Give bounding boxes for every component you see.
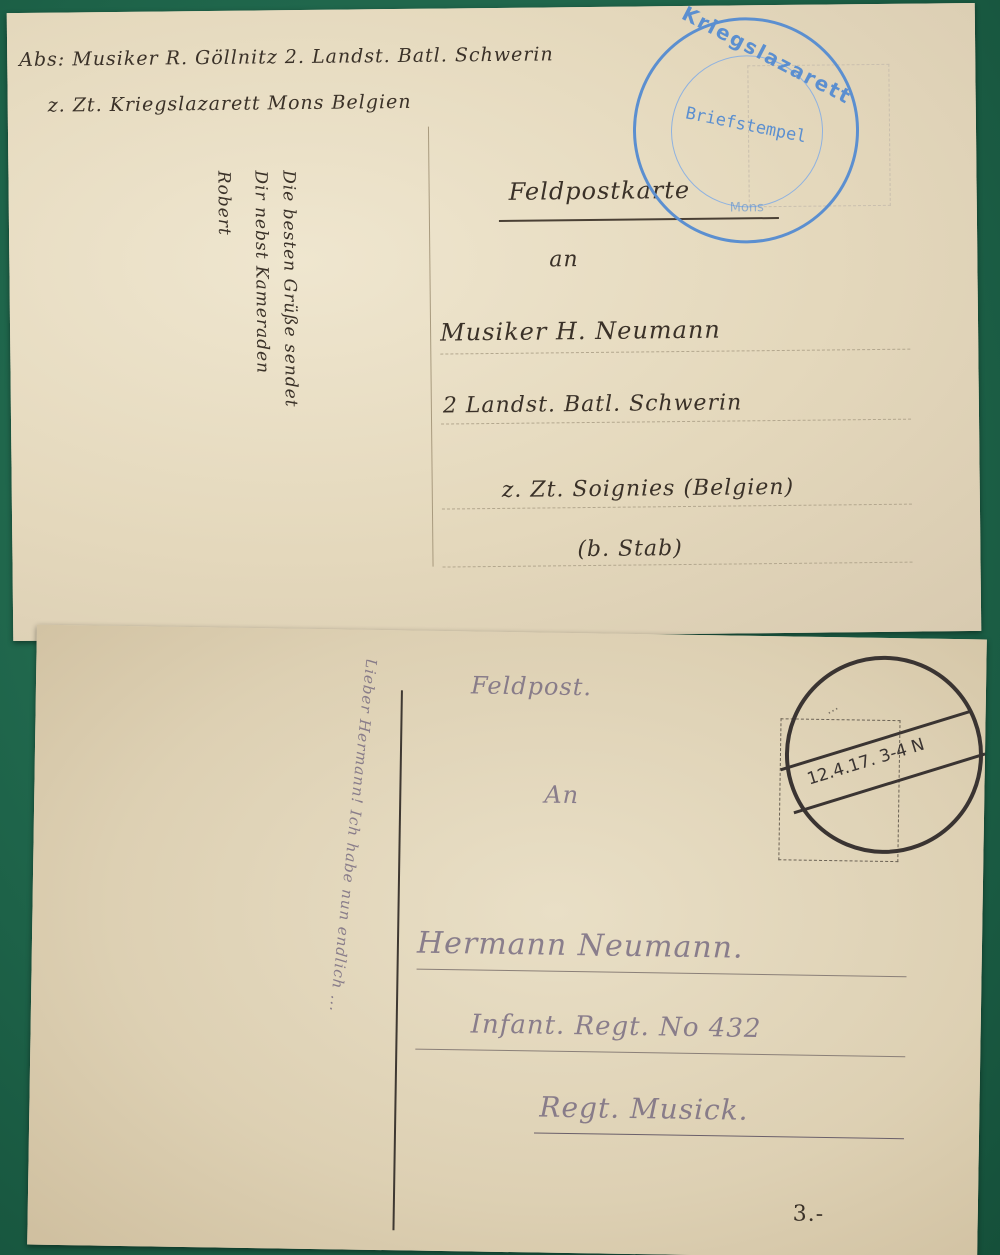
to-word: An: [544, 781, 579, 810]
address-line: [441, 419, 911, 425]
recipient-line-3: z. Zt. Soignies (Belgien): [502, 475, 795, 503]
message-area: Lieber Hermann! Ich habe nun endlich ...: [48, 655, 397, 1230]
divider-line: [428, 127, 434, 567]
corner-note: 3.-: [793, 1202, 825, 1227]
recipient-line-3: Regt. Musick.: [539, 1091, 749, 1127]
postmark: 12.4.17. 3-4 N ...: [783, 654, 984, 855]
card-title: Feldpost.: [471, 671, 592, 701]
sender-line-2: z. Zt. Kriegslazarett Mons Belgien: [48, 91, 412, 117]
recipient-line-1: Musiker H. Neumann: [440, 316, 721, 347]
recipient-line-1: Hermann Neumann.: [417, 926, 744, 966]
postcard-top: Abs: Musiker R. Göllnitz 2. Landst. Batl…: [7, 3, 982, 641]
postmark-town: ...: [823, 656, 918, 718]
message-line-2: Dir nebst Kameraden: [250, 170, 272, 374]
message-text: Lieber Hermann! Ich habe nun endlich ...: [299, 657, 386, 1217]
address-line: [534, 1132, 904, 1139]
address-line: [415, 1049, 905, 1058]
to-word: an: [549, 247, 579, 272]
address-line: [440, 349, 910, 355]
address-line: [443, 562, 913, 568]
address-line: [417, 969, 907, 978]
recipient-line-2: 2 Landst. Batl. Schwerin: [443, 390, 743, 418]
recipient-line-2: Infant. Regt. No 432: [470, 1009, 761, 1044]
hospital-stamp: Kriegslazarett Briefstempel Mons: [632, 16, 860, 244]
sender-line-1: Abs: Musiker R. Göllnitz 2. Landst. Batl…: [19, 43, 554, 71]
message-signature: Robert: [213, 171, 234, 236]
postcard-bottom: Lieber Hermann! Ich habe nun endlich ...…: [27, 625, 987, 1255]
recipient-line-4: (b. Stab): [577, 536, 683, 562]
address-line: [442, 504, 912, 510]
stamp-bottom-text: Mons: [707, 200, 787, 216]
message-line-1: Die besten Grüße sendet: [278, 170, 300, 408]
